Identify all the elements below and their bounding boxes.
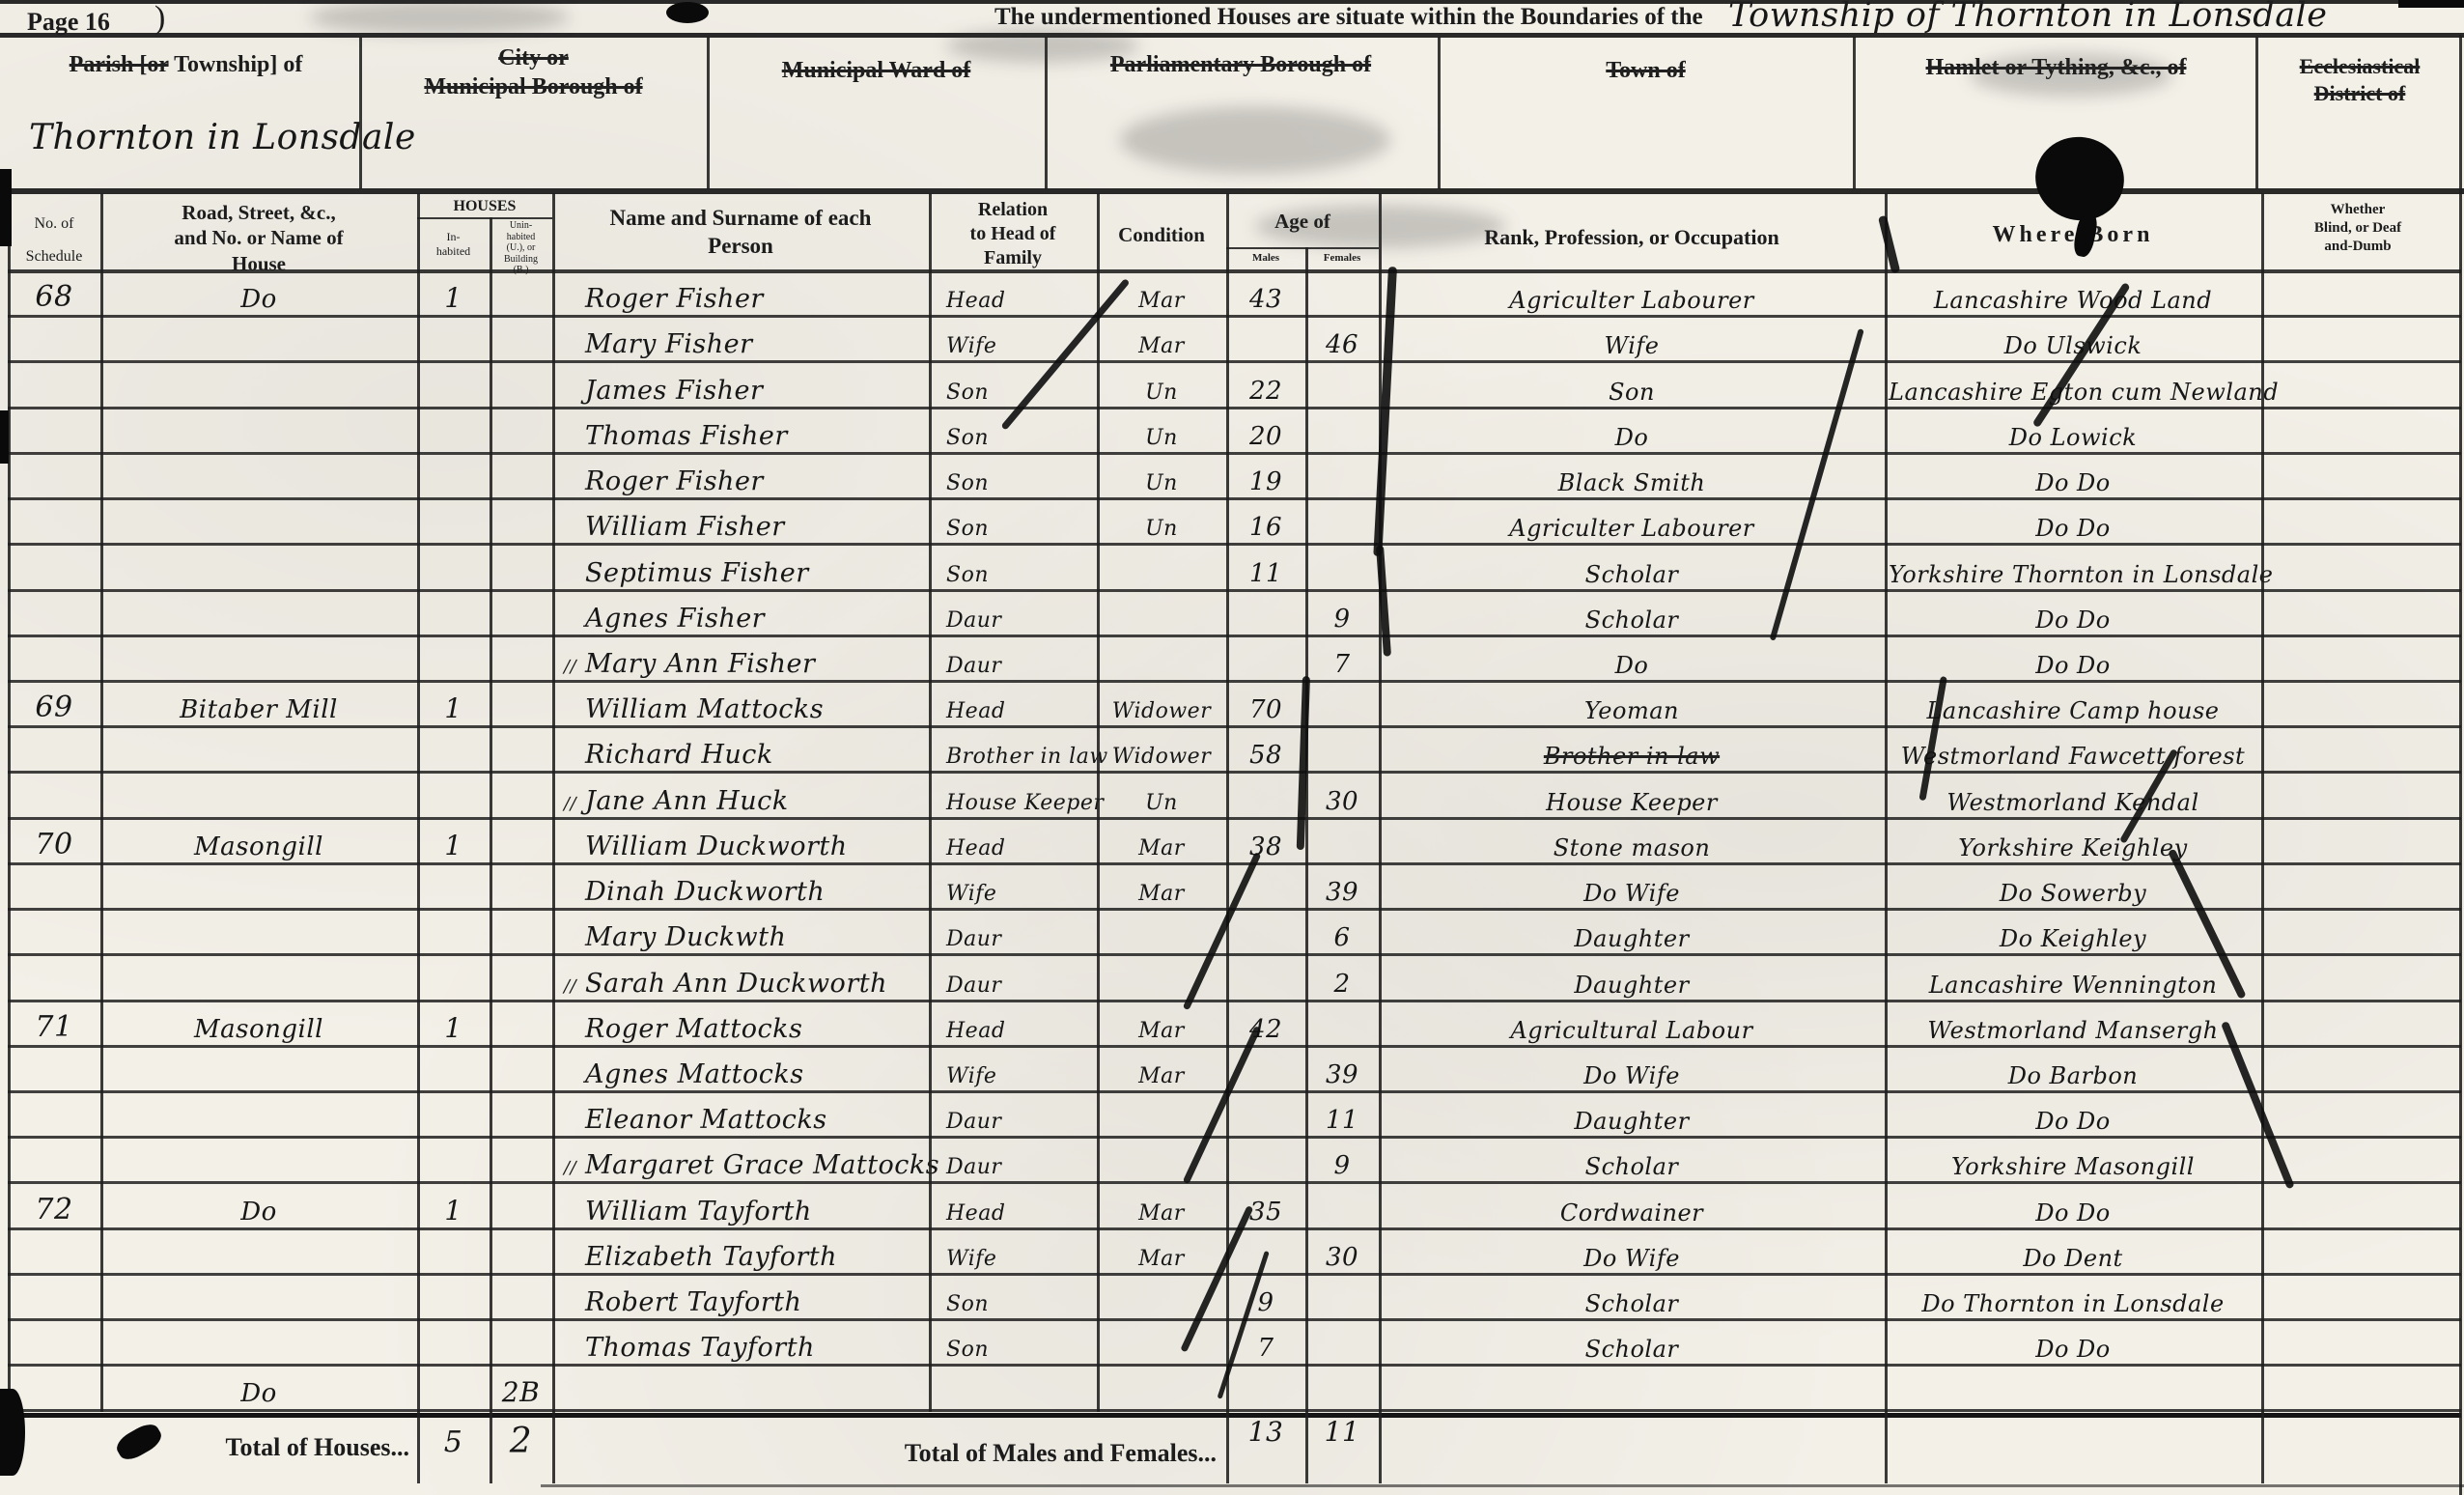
vline [490, 217, 492, 1412]
cell-road: Do [240, 1379, 277, 1408]
cell-cond: Mar [1138, 1201, 1185, 1226]
cell-sched: 70 [35, 828, 72, 861]
vline [2261, 193, 2264, 1412]
vline [1226, 1412, 1229, 1483]
col-header-schedule: No. of Schedule [8, 214, 100, 267]
vline [1379, 193, 1382, 1412]
col-header-road: Road, Street, &c., and No. or Name of Ho… [100, 200, 417, 276]
table-row: Robert Tayforth Son 9 Scholar Do Thornto… [8, 1276, 2461, 1321]
cell-cond: Widower [1112, 745, 1211, 769]
header-town: Town of [1445, 56, 1846, 85]
cell-cond: Un [1145, 381, 1178, 405]
cell-rel: Head [946, 836, 1005, 860]
table-row: 71 Masongill 1 Roger Mattocks Head Mar 4… [8, 1002, 2461, 1048]
rule-colheader-bottom [8, 269, 2461, 273]
cell-name: Mary Fisher [585, 329, 753, 359]
cell-rel: Wife [946, 1247, 996, 1271]
parish-struck-part: Parish [or [70, 52, 169, 77]
vline [359, 37, 362, 189]
cell-occ: Black Smith [1558, 469, 1706, 496]
col-header-name: Name and Surname of each Person [552, 205, 929, 261]
cell-rel: House Keeper [946, 791, 1104, 815]
table-row: ∕∕Margaret Grace Mattocks Daur 9 Scholar… [8, 1139, 2461, 1184]
cell-occ: Wife [1604, 332, 1659, 359]
cell-occ: Do [1615, 652, 1649, 679]
cell-inh: 1 [444, 692, 462, 724]
cell-occ: Agriculter Labourer [1509, 287, 1754, 314]
vline [417, 1412, 420, 1483]
cell-rel: Daur [946, 973, 1001, 998]
cell-f: 11 [1326, 1106, 1358, 1135]
cell-name: Margaret Grace Mattocks [585, 1150, 939, 1180]
totals-males-females-label: Total of Males and Females... [552, 1439, 1217, 1468]
cell-rel: Son [946, 381, 989, 405]
vline [8, 193, 11, 1412]
col-header-houses-group: HOUSES [417, 197, 552, 216]
cell-name: Roger Fisher [585, 284, 764, 314]
cell-m: 35 [1249, 1198, 1282, 1227]
cell-occ: Agriculter Labourer [1509, 515, 1754, 542]
cell-occ: Stone mason [1554, 834, 1711, 861]
cell-born: Do Do [2035, 469, 2111, 496]
table-row: Do 2B [8, 1367, 2461, 1412]
cell-name: Agnes Mattocks [585, 1059, 804, 1089]
table-row: ∕∕Sarah Ann Duckworth Daur 2 Daughter La… [8, 956, 2461, 1001]
cell-occ: Scholar [1585, 1153, 1679, 1180]
cell-occ: House Keeper [1546, 789, 1718, 816]
cell-f: 39 [1326, 878, 1358, 907]
cell-road: Masongill [194, 1015, 323, 1044]
cell-name: William Duckworth [585, 832, 848, 861]
cell-rel: Son [946, 1292, 989, 1316]
table-row: 68 Do 1 Roger Fisher Head Mar 43 Agricul… [8, 272, 2461, 318]
cell-born: Do Do [2035, 515, 2111, 542]
cell-born: Do Lowick [2009, 424, 2137, 451]
table-row: ∕∕Jane Ann Huck House Keeper Un 30 House… [8, 774, 2461, 819]
cell-occ: Scholar [1585, 561, 1679, 588]
cell-occ: Agricultural Labour [1510, 1017, 1752, 1044]
col-header-females: Females [1305, 252, 1379, 266]
cell-cond: Mar [1138, 334, 1185, 358]
cell-f: 2 [1333, 970, 1350, 999]
cell-born: Yorkshire Keighley [1958, 834, 2187, 861]
table-row: 72 Do 1 William Tayforth Head Mar 35 Cor… [8, 1184, 2461, 1229]
cell-rel: Daur [946, 927, 1001, 951]
ink-blot [666, 2, 709, 23]
table-row: Septimus Fisher Son 11 Scholar Yorkshire… [8, 546, 2461, 591]
cell-born: Do Do [2035, 1336, 2111, 1363]
scan-smudge [1255, 205, 1506, 248]
cell-born: Do Do [2035, 1108, 2111, 1135]
vline [1853, 37, 1856, 189]
cell-cond: Un [1145, 791, 1178, 815]
header-city-borough: City or Municipal Borough of [367, 43, 700, 101]
cell-born: Yorkshire Thornton in Lonsdale [1889, 561, 2273, 588]
cell-born: Westmorland Mansergh [1927, 1017, 2218, 1044]
vline [1097, 193, 1100, 1412]
cell-occ: Scholar [1585, 1290, 1679, 1317]
col-header-condition: Condition [1097, 222, 1226, 247]
cell-f: 6 [1333, 923, 1350, 952]
totals-females-value: 11 [1305, 1416, 1379, 1448]
cell-name: Dinah Duckworth [585, 877, 825, 907]
cell-rel: Wife [946, 882, 996, 906]
cell-rel: Head [946, 1201, 1005, 1226]
vline [1885, 193, 1888, 1412]
cell-occ: Daughter [1574, 972, 1689, 999]
cell-occ: Daughter [1574, 1108, 1689, 1135]
cell-occ: Do Wife [1583, 1062, 1680, 1089]
cell-m: 20 [1249, 422, 1282, 451]
vline [1305, 1412, 1308, 1483]
cell-sched: 71 [35, 1010, 72, 1044]
top-caption-handwritten: Township of Thornton in Lonsdale [1728, 0, 2327, 35]
table-row: Richard Huck Brother in law Widower 58 B… [8, 728, 2461, 774]
cell-name: William Fisher [585, 512, 785, 542]
vline [1885, 1412, 1888, 1483]
cell-m: 19 [1249, 467, 1282, 496]
rule-caption-bottom [0, 33, 2464, 38]
header-ecclesiastical-district: Ecclesiastical District of [2263, 53, 2456, 106]
header-parish-township: Parish [or Township] of [19, 50, 352, 79]
vline [929, 193, 932, 1412]
col-header-infirm: Whether Blind, or Deaf and-Dumb [2261, 201, 2454, 255]
cell-rel: Son [946, 517, 989, 541]
cell-born: Do Sowerby [2000, 880, 2146, 907]
cell-rel: Daur [946, 608, 1001, 633]
cell-rel: Brother in law [946, 745, 1108, 769]
table-row: Roger Fisher Son Un 19 Black Smith Do Do [8, 455, 2461, 500]
vline [552, 193, 555, 1412]
parish-value-handwritten: Thornton in Lonsdale [29, 118, 416, 157]
cell-rel: Wife [946, 334, 996, 358]
cell-occ: Do [1615, 424, 1649, 451]
cell-name: Roger Mattocks [585, 1014, 802, 1044]
cell-name: Mary Ann Fisher [585, 649, 815, 679]
cell-cond: Mar [1138, 289, 1185, 313]
cell-name: Robert Tayforth [585, 1287, 801, 1317]
cell-unin: 2B [502, 1376, 540, 1408]
cell-f: 46 [1326, 330, 1358, 359]
vline [1379, 1412, 1382, 1483]
cell-m: 43 [1249, 285, 1282, 314]
table-row: William Fisher Son Un 16 Agriculter Labo… [8, 500, 2461, 546]
cell-m: 70 [1249, 695, 1282, 724]
cell-cond: Mar [1138, 882, 1185, 906]
cell-m: 58 [1249, 741, 1282, 770]
cell-name: Elizabeth Tayforth [585, 1242, 837, 1272]
cell-occ: Scholar [1585, 606, 1679, 634]
cell-f: 7 [1333, 650, 1350, 679]
cell-road: Do [240, 285, 277, 314]
parish-kept-part: Township] of [174, 52, 302, 77]
col-header-where-born: Where Born [1885, 220, 2261, 249]
cell-cond: Mar [1138, 1247, 1185, 1271]
cell-f: 9 [1333, 605, 1350, 634]
vline [2459, 35, 2462, 1495]
cell-occ: Son [1609, 379, 1655, 406]
cell-rel: Son [946, 426, 989, 450]
cell-rel: Head [946, 1019, 1005, 1043]
cell-name: William Mattocks [585, 694, 824, 724]
cell-rel: Son [946, 563, 989, 587]
cell-occ: Do Wife [1583, 1245, 1680, 1272]
cell-rel: Head [946, 699, 1005, 723]
cell-born: Do Dent [2023, 1245, 2122, 1272]
cell-mark: ∕∕ [564, 659, 585, 676]
cell-occ: Do Wife [1583, 880, 1680, 907]
cell-occ: Brother in law [1544, 743, 1720, 770]
cell-road: Do [240, 1198, 277, 1227]
cell-rel: Daur [946, 1155, 1001, 1179]
vline [1305, 247, 1308, 1412]
cell-sched: 69 [35, 691, 72, 724]
cell-born: Yorkshire Masongill [1951, 1153, 2195, 1180]
cell-born: Do Barbon [2008, 1062, 2139, 1089]
cell-name: Roger Fisher [585, 466, 764, 496]
cell-occ: Cordwainer [1560, 1199, 1703, 1227]
cell-cond: Widower [1112, 699, 1211, 723]
cell-m: 9 [1257, 1288, 1274, 1317]
cell-born: Do Do [2035, 606, 2111, 634]
vline [2261, 1412, 2264, 1483]
scan-smudge [1120, 106, 1390, 174]
table-row: Eleanor Mattocks Daur 11 Daughter Do Do [8, 1093, 2461, 1139]
scan-smudge [309, 0, 570, 35]
cell-born: Lancashire Wennington [1929, 972, 2218, 999]
cell-cond: Mar [1138, 1019, 1185, 1043]
cell-rel: Wife [946, 1064, 996, 1088]
table-row: Mary Duckwth Daur 6 Daughter Do Keighley [8, 911, 2461, 956]
cell-mark: ∕∕ [564, 796, 585, 813]
cell-name: Mary Duckwth [585, 922, 786, 952]
cell-road: Bitaber Mill [180, 695, 338, 724]
cell-name: James Fisher [585, 376, 763, 406]
header-municipal-ward: Municipal Ward of [714, 56, 1038, 85]
cell-mark: ∕∕ [564, 978, 585, 996]
cell-m: 22 [1249, 377, 1282, 406]
cell-name: Jane Ann Huck [585, 786, 789, 816]
col-header-inhabited: In- habited [417, 230, 490, 259]
rule-totals-bottom [541, 1484, 2464, 1487]
cell-inh: 1 [444, 830, 462, 861]
cell-f: 39 [1326, 1060, 1358, 1089]
cell-born: Do Keighley [2000, 925, 2146, 952]
cell-m: 11 [1249, 559, 1282, 588]
totals-inhabited-value: 5 [417, 1425, 490, 1459]
cell-cond: Un [1145, 517, 1178, 541]
totals-males-value: 13 [1226, 1416, 1305, 1448]
cell-name: Agnes Fisher [585, 604, 765, 634]
table-row: 69 Bitaber Mill 1 William Mattocks Head … [8, 683, 2461, 728]
vline [2255, 37, 2258, 189]
cell-born: Do Do [2035, 652, 2111, 679]
vline [707, 37, 710, 189]
cell-sched: 68 [35, 280, 72, 314]
scan-edge-mark [0, 410, 9, 464]
scan-smudge [1970, 53, 2172, 97]
cell-rel: Son [946, 471, 989, 495]
cell-f: 30 [1326, 787, 1358, 816]
scan-edge-mark [2398, 0, 2464, 8]
census-page-scan: Page 16 ) The undermentioned Houses are … [0, 0, 2464, 1495]
cell-name: Thomas Fisher [585, 421, 788, 451]
cell-m: 16 [1249, 513, 1282, 542]
cell-f: 30 [1326, 1243, 1358, 1272]
page-brace: ) [154, 0, 165, 37]
cell-rel: Daur [946, 1110, 1001, 1134]
cell-born: Lancashire Egton cum Newland [1889, 379, 2279, 406]
cell-inh: 1 [444, 282, 462, 314]
cell-name: Septimus Fisher [585, 558, 809, 588]
col-header-uninhabited: Unin- habited (U.), or Building (B.) [490, 220, 552, 276]
cell-born: Westmorland Fawcett forest [1901, 743, 2245, 770]
cell-occ: Yeoman [1584, 697, 1679, 724]
cell-occ: Daughter [1574, 925, 1689, 952]
cell-born: Lancashire Wood Land [1934, 287, 2212, 314]
cell-name: Sarah Ann Duckworth [585, 969, 887, 999]
scan-edge-mark [0, 169, 12, 246]
cell-cond: Un [1145, 471, 1178, 495]
cell-inh: 1 [444, 1012, 462, 1044]
vline [552, 1412, 555, 1483]
vline [100, 193, 103, 1412]
table-row: 70 Masongill 1 William Duckworth Head Ma… [8, 820, 2461, 865]
totals-uninhabited-value: 2 [490, 1422, 552, 1461]
cell-rel: Son [946, 1338, 989, 1362]
vline [490, 1412, 492, 1483]
table-row: ∕∕Mary Ann Fisher Daur 7 Do Do Do [8, 637, 2461, 683]
cell-born: Do Ulswick [2004, 332, 2142, 359]
table-row: James Fisher Son Un 22 Son Lancashire Eg… [8, 363, 2461, 409]
top-caption: The undermentioned Houses are situate wi… [994, 4, 1703, 31]
cell-occ: Scholar [1585, 1336, 1679, 1363]
cell-rel: Head [946, 289, 1005, 313]
vline [1226, 193, 1229, 1412]
cell-born: Do Do [2035, 1199, 2111, 1227]
cell-born: Lancashire Camp house [1926, 697, 2219, 724]
cell-name: Eleanor Mattocks [585, 1105, 827, 1135]
table-row: Agnes Fisher Daur 9 Scholar Do Do [8, 592, 2461, 637]
scan-edge-mark [0, 1389, 25, 1476]
col-header-relation: Relation to Head of Family [929, 198, 1097, 270]
cell-cond: Un [1145, 426, 1178, 450]
cell-sched: 72 [35, 1193, 72, 1227]
cell-cond: Mar [1138, 836, 1185, 860]
vline [417, 193, 420, 1412]
cell-rel: Daur [946, 654, 1001, 678]
cell-born: Westmorland Kendal [1946, 789, 2198, 816]
vline [1438, 37, 1441, 189]
cell-cond: Mar [1138, 1064, 1185, 1088]
cell-mark: ∕∕ [564, 1160, 585, 1177]
ink-blot [2027, 127, 2133, 230]
cell-name: William Tayforth [585, 1197, 812, 1227]
cell-road: Masongill [194, 832, 323, 861]
cell-name: Richard Huck [585, 740, 773, 770]
cell-name: Thomas Tayforth [585, 1333, 815, 1363]
col-header-males: Males [1226, 252, 1305, 266]
table-row: Thomas Fisher Son Un 20 Do Do Lowick [8, 409, 2461, 455]
cell-born: Do Thornton in Lonsdale [1921, 1290, 2224, 1317]
scan-smudge [946, 29, 1139, 63]
cell-m: 7 [1257, 1334, 1274, 1363]
cell-f: 9 [1333, 1151, 1350, 1180]
rule-houses-underline [417, 217, 552, 219]
cell-inh: 1 [444, 1195, 462, 1227]
